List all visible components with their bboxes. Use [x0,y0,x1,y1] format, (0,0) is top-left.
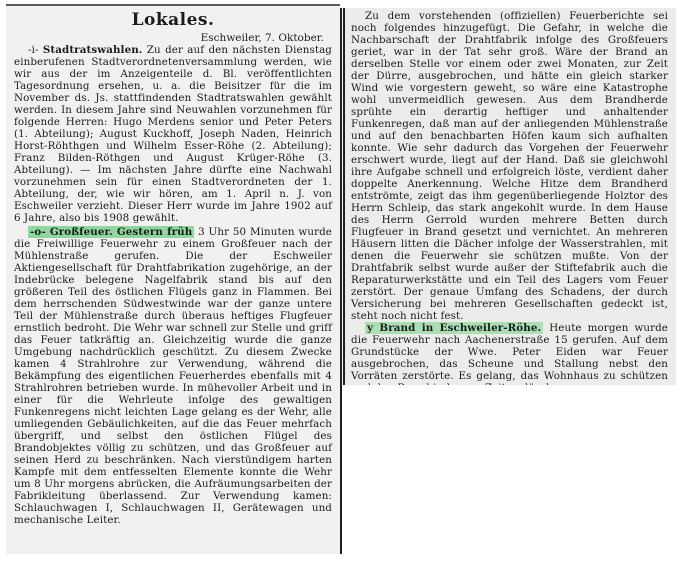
right-column: Zu dem vorstehenden (offiziellen) Feuerb… [343,8,676,385]
section-title: Lokales. [6,10,340,30]
left-column: Lokales. Eschweiler, 7. Oktober. -i- Sta… [6,4,340,554]
article-body: Zu der auf den nächsten Dienstag einberu… [14,44,332,224]
column-divider [340,8,342,554]
article-grossfeuer: -o- Großfeuer. Gestern früh 3 Uhr 50 Min… [6,226,340,526]
highlighted-lead: y Brand in Eschweiler-Röhe. [365,322,543,334]
article-headline: Stadtratswahlen. [43,44,143,56]
dateline: Eschweiler, 7. Oktober. [6,32,340,44]
article-body: 3 Uhr 50 Minuten wurde die Freiwillige F… [14,226,332,526]
article-body: Zu dem vorstehenden (offiziellen) Feuerb… [351,10,668,322]
highlighted-lead: -o- Großfeuer. Gestern früh [28,226,194,238]
article-marker: -i- [28,44,39,56]
article-brand-eschweiler-roehe: y Brand in Eschweiler-Röhe. Heute morgen… [345,322,676,385]
article-stadtratswahlen: -i- Stadtratswahlen. Zu der auf den näch… [6,44,340,224]
article-nachtrag-feuerbericht: Zu dem vorstehenden (offiziellen) Feuerb… [345,8,676,322]
